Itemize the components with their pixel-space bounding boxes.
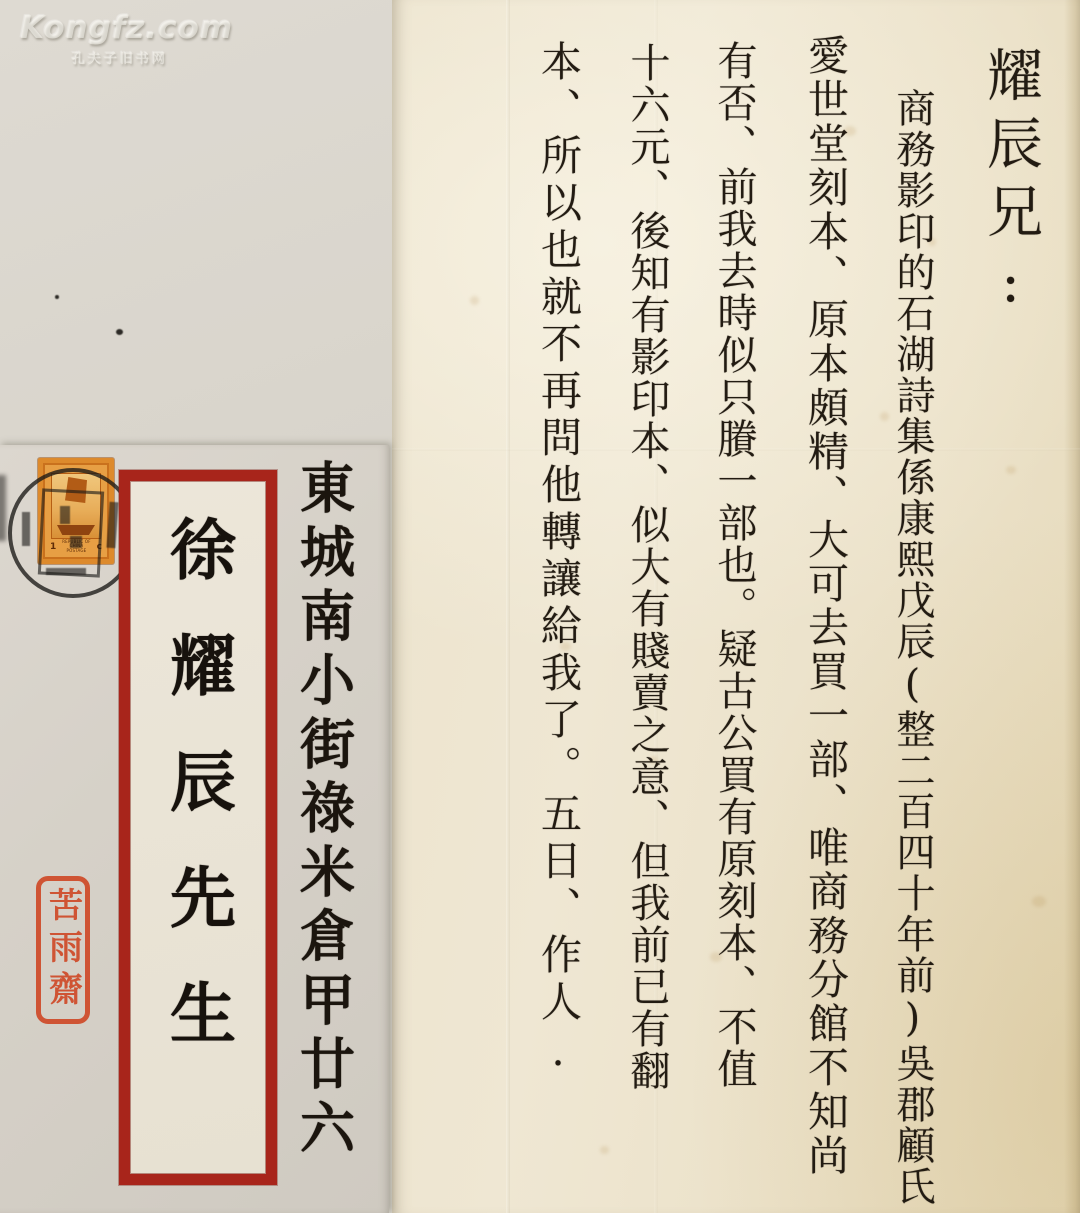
letter-photograph: 耀辰兄: 商務影印的石湖詩集係康熙戊辰(整二百四十年前)吳郡顧氏 愛世堂刻本、原… — [0, 0, 1080, 1213]
letter-column-signature: 本、所以也就不再問他轉讓給我了。五日、作人. — [529, 40, 588, 1081]
letter-column: 十六元、後知有影印本、似大有賤賣之意、但我前已有翻 — [619, 42, 676, 1092]
watermark-brand: Kongfz.com — [20, 10, 233, 46]
dust-speck — [116, 329, 123, 335]
letter-sheet: 耀辰兄: 商務影印的石湖詩集係康熙戊辰(整二百四十年前)吳郡顧氏 愛世堂刻本、原… — [392, 0, 1080, 1213]
watermark: Kongfz.com 孔夫子旧书网 — [20, 10, 233, 67]
letter-column-salutation: 耀辰兄: — [970, 46, 1050, 327]
letter-column: 愛世堂刻本、原本頗精、大可去買一部、唯商務分館不知尚 — [796, 34, 855, 1178]
paper-crease — [506, 0, 510, 1213]
seal-text: 苦雨齋 — [39, 887, 88, 1013]
paper-edge — [1064, 0, 1080, 1213]
dust-speck — [55, 295, 59, 299]
letter-column: 有否、前我去時似只賸一部也。疑古公買有原刻本、不值 — [706, 40, 763, 1090]
recipient-name: 徐耀辰先生 — [151, 515, 246, 1095]
postmark-smudge — [0, 475, 6, 541]
address-column: 東城南小街祿米倉甲廿六 — [284, 459, 363, 1163]
recipient-frame: 徐耀辰先生 — [119, 470, 277, 1185]
envelope: 1 REPUBLIC OF CHINA POSTAGE c 徐耀辰先生 — [0, 445, 389, 1213]
watermark-subtitle: 孔夫子旧书网 — [72, 48, 233, 67]
studio-seal: 苦雨齋 — [36, 876, 90, 1024]
letter-column: 商務影印的石湖詩集係康熙戊辰(整二百四十年前)吳郡顧氏 — [884, 88, 940, 1207]
